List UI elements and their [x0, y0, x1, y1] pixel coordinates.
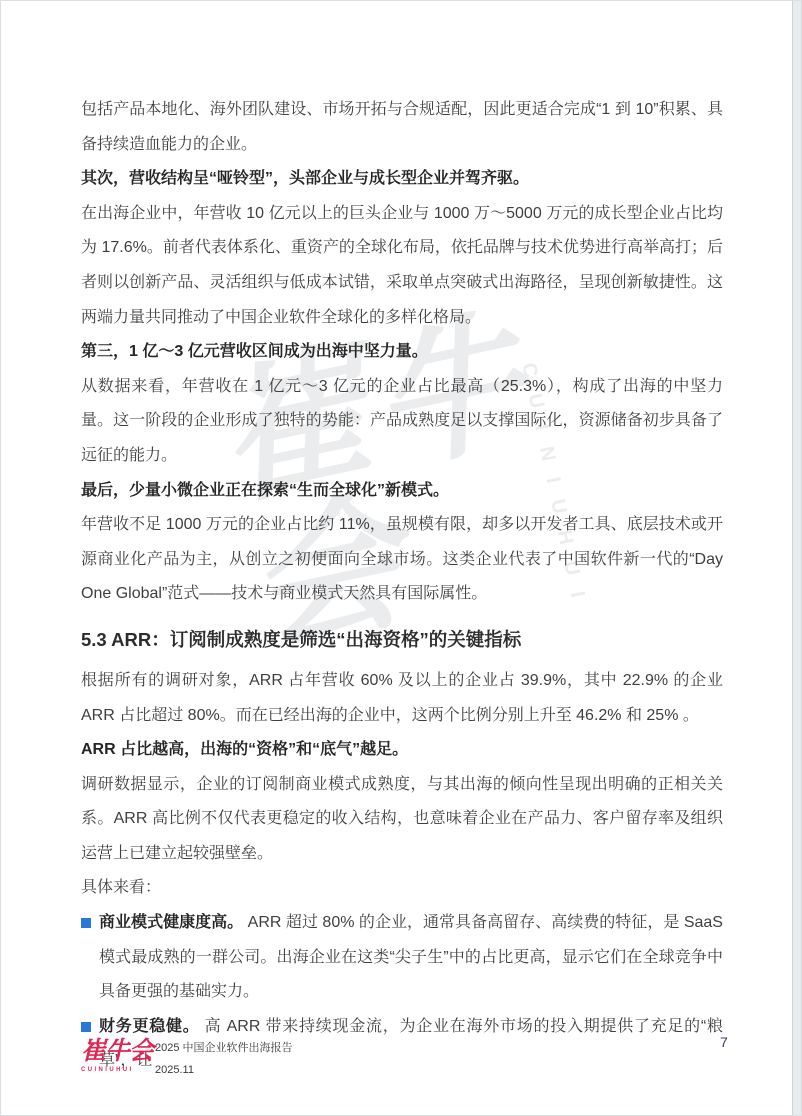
report-page: 崔牛会 CUINIUHUI 包括产品本地化、海外团队建设、市场开拓与合规适配，因…	[0, 0, 802, 1116]
heading-second: 其次，营收结构呈“哑铃型”，头部企业与成长型企业并驾齐驱。	[81, 162, 723, 197]
report-title: 2025 中国企业软件出海报告	[155, 1037, 293, 1059]
footer-meta: 2025 中国企业软件出海报告 2025.11	[155, 1037, 293, 1081]
page-number: 7	[720, 1034, 728, 1050]
paragraph-specific: 具体来看：	[81, 871, 723, 906]
bullet-square-icon	[81, 918, 91, 928]
heading-third: 第三，1 亿～3 亿元营收区间成为出海中坚力量。	[81, 335, 723, 370]
report-date: 2025.11	[155, 1059, 293, 1081]
page-edge-strip	[792, 1, 801, 1115]
paragraph-intro: 包括产品本地化、海外团队建设、市场开拓与合规适配，因此更适合完成“1 到 10”…	[81, 93, 723, 162]
paragraph-second: 在出海企业中，年营收 10 亿元以上的巨头企业与 1000 万～5000 万元的…	[81, 197, 723, 335]
paragraph-arr-stats: 根据所有的调研对象，ARR 占年营收 60% 及以上的企业占 39.9%，其中 …	[81, 664, 723, 733]
paragraph-third: 从数据来看，年营收在 1 亿元～3 亿元的企业占比最高（25.3%），构成了出海…	[81, 370, 723, 474]
bullet-square-icon	[81, 1022, 91, 1032]
paragraph-arr-correlation: 调研数据显示，企业的订阅制商业模式成熟度，与其出海的倾向性呈现出明确的正相关关系…	[81, 768, 723, 872]
page-content: 包括产品本地化、海外团队建设、市场开拓与合规适配，因此更适合完成“1 到 10”…	[81, 93, 723, 1079]
bullet-lead: 商业模式健康度高。	[99, 914, 243, 931]
heading-last: 最后，少量小微企业正在探索“生而全球化”新模式。	[81, 474, 723, 509]
page-footer: 崔牛会 CUINIUHUI 2025 中国企业软件出海报告 2025.11	[81, 1037, 293, 1081]
bullet-lead: 财务更稳健。	[99, 1018, 199, 1035]
bullet-item-business-model: 商业模式健康度高。 ARR 超过 80% 的企业，通常具备高留存、高续费的特征，…	[81, 906, 723, 1010]
cuiniuhui-logo: 崔牛会 CUINIUHUI	[81, 1039, 147, 1073]
heading-arr: ARR 占比越高，出海的“资格”和“底气”越足。	[81, 733, 723, 768]
logo-subtext: CUINIUHUI	[81, 1067, 147, 1073]
paragraph-last: 年营收不足 1000 万元的企业占比约 11%，虽规模有限，却多以开发者工具、底…	[81, 508, 723, 612]
logo-text: 崔牛会	[81, 1039, 147, 1064]
section-heading-5-3: 5.3 ARR：订阅制成熟度是筛选“出海资格”的关键指标	[81, 624, 723, 655]
